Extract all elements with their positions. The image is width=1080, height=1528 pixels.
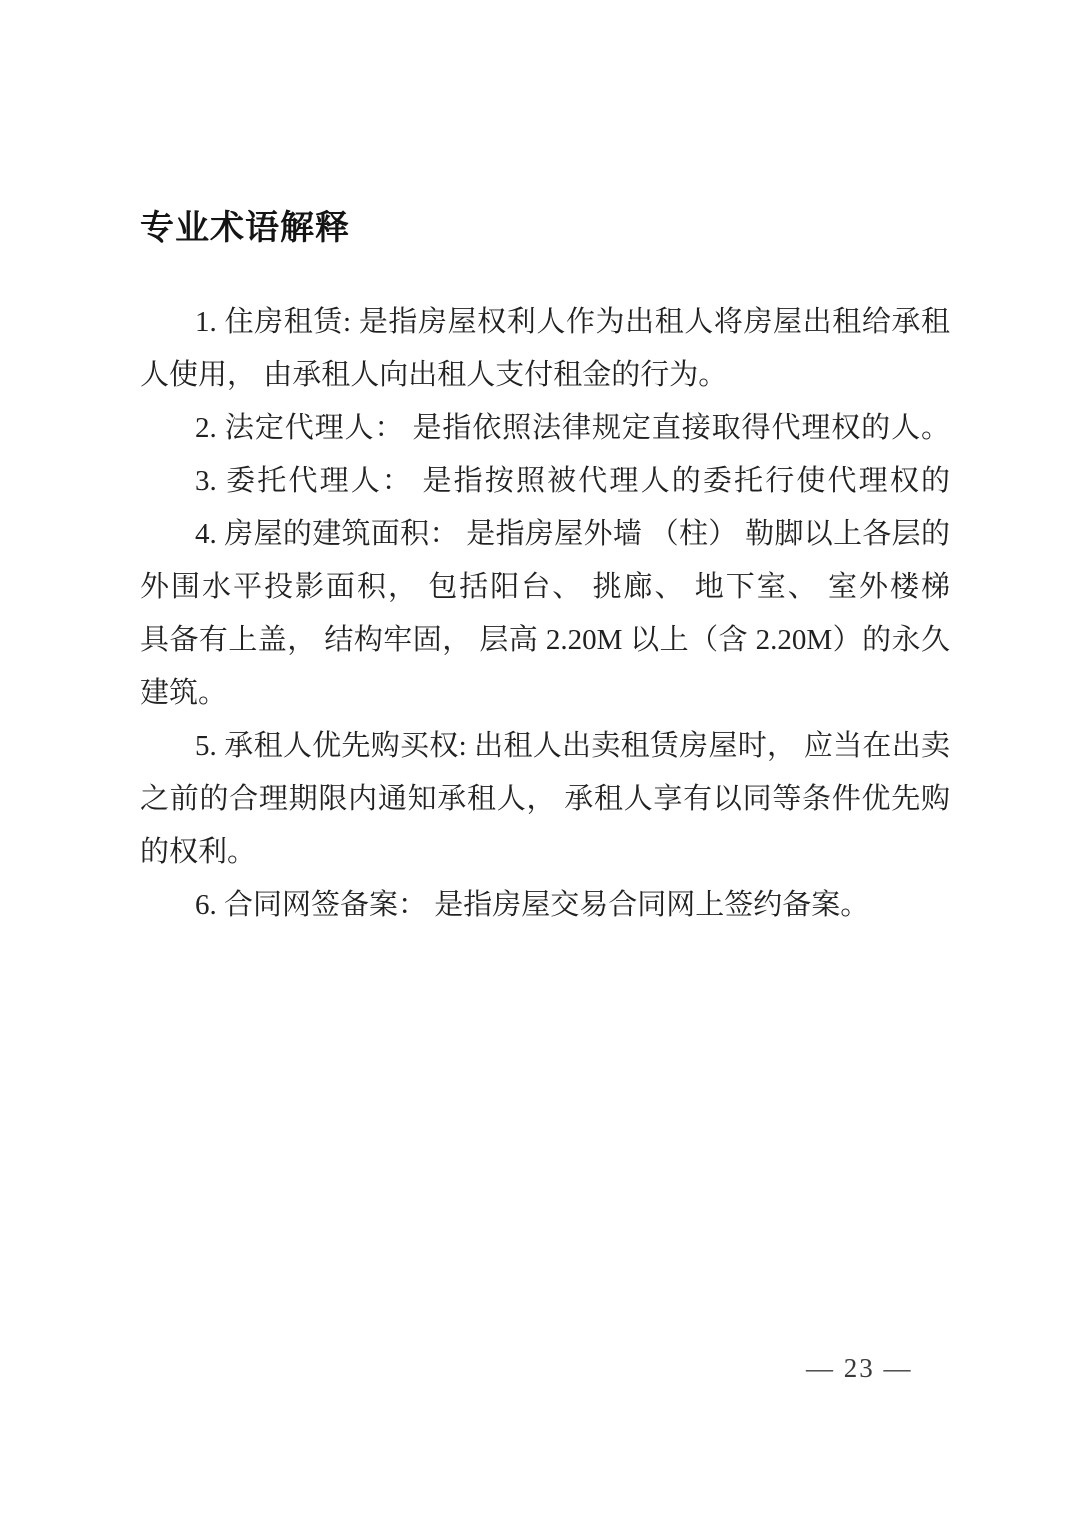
text-line-term5-1: 5. 承租人优先购买权: 出租人出卖租赁房屋时， 应当在出卖 — [140, 720, 950, 773]
text-line-term1-2: 人使用， 由承租人向出租人支付租金的行为。 — [140, 349, 950, 402]
text-line-term4-2: 外围水平投影面积， 包括阳台、 挑廊、 地下室、 室外楼梯等， 且 — [140, 561, 950, 614]
text-line-term2: 2. 法定代理人： 是指依照法律规定直接取得代理权的人。 — [140, 402, 950, 455]
page-footer: — 23 — — [0, 1348, 1080, 1388]
text-line-term4-1: 4. 房屋的建筑面积： 是指房屋外墙 （柱） 勒脚以上各层的 — [140, 508, 950, 561]
text-line-term4-4: 建筑。 — [140, 667, 950, 720]
text-line-term1-1: 1. 住房租赁: 是指房屋权利人作为出租人将房屋出租给承租 — [140, 296, 950, 349]
text-line-term3: 3. 委托代理人： 是指按照被代理人的委托行使代理权的人。 — [140, 455, 950, 508]
document-page: 专业术语解释 1. 住房租赁: 是指房屋权利人作为出租人将房屋出租给承租 人使用… — [0, 0, 1080, 1528]
text-line-term4-3: 具备有上盖， 结构牢固， 层高 2.20M 以上（含 2.20M）的永久性 — [140, 614, 950, 667]
document-body: 1. 住房租赁: 是指房屋权利人作为出租人将房屋出租给承租 人使用， 由承租人向… — [140, 296, 950, 932]
page-number: — 23 — — [806, 1348, 913, 1388]
page-title: 专业术语解释 — [140, 200, 350, 249]
text-line-term5-3: 的权利。 — [140, 826, 950, 879]
text-line-term6: 6. 合同网签备案： 是指房屋交易合同网上签约备案。 — [140, 879, 950, 932]
text-line-term5-2: 之前的合理期限内通知承租人， 承租人享有以同等条件优先购买 — [140, 773, 950, 826]
